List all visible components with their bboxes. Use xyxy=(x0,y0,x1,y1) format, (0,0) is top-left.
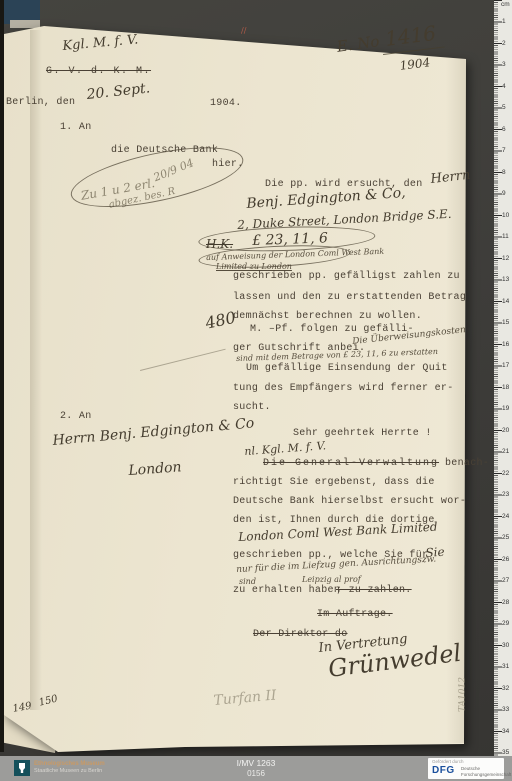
ruler-number: 3 xyxy=(502,61,511,68)
dfg-name-line2: Forschungsgemeinschaft xyxy=(461,772,511,778)
letter-line: Deutsche Bank hierselbst ersucht wor- xyxy=(233,497,466,507)
museum-glyph-icon xyxy=(16,762,28,774)
letter-line: richtigt Sie ergebenst, dass die xyxy=(233,478,435,488)
letter-line: benach- xyxy=(445,459,489,469)
letter-line: ; zu zahlen. xyxy=(336,586,412,596)
letter-line: tung des Empfängers wird ferner er- xyxy=(233,384,454,394)
ruler-number: 31 xyxy=(502,663,511,670)
letter-line: zu erhalten haben xyxy=(233,586,340,596)
dfg-funding-note: Gefördert durch xyxy=(432,759,464,764)
ruler-number: 23 xyxy=(502,491,511,498)
letter-line: Leipzig al prof xyxy=(302,576,361,584)
ruler-number: 35 xyxy=(502,749,511,756)
museum-parent-org: Staatliche Museen zu Berlin xyxy=(34,768,105,775)
ruler-number: 18 xyxy=(502,384,511,391)
letter-line: demnächst berechnen zu wollen. xyxy=(233,312,422,322)
letter-line: 1904 xyxy=(399,56,431,72)
ruler-number: 10 xyxy=(502,212,511,219)
scan-viewer: Kgl. M. f. V.G. V. d. K. M.E. No14161904… xyxy=(0,0,512,781)
page-fold-shadow xyxy=(30,30,42,710)
ruler-number: 17 xyxy=(502,362,511,369)
dfg-full-name: Deutsche Forschungsgemeinschaft xyxy=(461,766,511,777)
ruler-number: 24 xyxy=(502,513,511,520)
letter-line: 2. An xyxy=(60,412,92,422)
scan-left-edge xyxy=(0,0,4,752)
ruler-number: 29 xyxy=(502,620,511,627)
letter-line: 1904. xyxy=(210,99,242,109)
ruler-number: 13 xyxy=(502,276,511,283)
letter-line: Im Auftrage. xyxy=(317,610,393,620)
letter-line: ∕∕ xyxy=(241,27,246,35)
ruler-number: 28 xyxy=(502,599,511,606)
ruler-number: 9 xyxy=(502,190,511,197)
ruler-number: 6 xyxy=(502,126,511,133)
museum-branding: Ethnologisches Museum Staatliche Museen … xyxy=(14,760,105,776)
ruler-number: 11 xyxy=(502,233,511,240)
letter-line: sucht. xyxy=(233,403,271,413)
ruler-number: 22 xyxy=(502,470,511,477)
measurement-ruler: cm 1234567891011121314151617181920212223… xyxy=(494,0,512,757)
ruler-number: 8 xyxy=(502,169,511,176)
ruler-number: 20 xyxy=(502,427,511,434)
ruler-unit-label: cm xyxy=(501,1,510,8)
letter-line: TA1012 xyxy=(459,677,468,712)
ruler-number: 33 xyxy=(502,706,511,713)
letter-line: Die General-Verwaltung xyxy=(263,459,439,469)
letter-line: Berlin, den xyxy=(6,98,75,108)
museum-name: Ethnologisches Museum xyxy=(34,761,105,768)
museum-logo-icon xyxy=(14,760,30,776)
ruler-number: 1 xyxy=(502,18,511,25)
museum-text: Ethnologisches Museum Staatliche Museen … xyxy=(34,760,105,775)
ruler-number: 32 xyxy=(502,685,511,692)
ruler-number: 12 xyxy=(502,255,511,262)
dfg-acronym: DFG xyxy=(432,765,455,776)
ruler-number: 5 xyxy=(502,104,511,111)
letter-line: Sehr geehrtek Herrte ! xyxy=(293,429,432,439)
letter-line: lassen und den zu erstattenden Betrag xyxy=(233,293,466,303)
ruler-number: 26 xyxy=(502,556,511,563)
ruler-number: 30 xyxy=(502,642,511,649)
ruler-cm-ticks xyxy=(494,0,502,757)
letter-line: 1416 xyxy=(384,23,437,49)
ruler-number: 4 xyxy=(502,83,511,90)
footer-bar: I/MV 1263 0156 Ethnologisches Museum Sta… xyxy=(0,756,512,781)
ruler-number: 25 xyxy=(502,534,511,541)
letter-line: London xyxy=(128,460,182,478)
ruler-number: 15 xyxy=(502,319,511,326)
letter-line: G. V. d. K. M. xyxy=(46,67,151,77)
ruler-number: 34 xyxy=(502,728,511,735)
ruler-number: 7 xyxy=(502,147,511,154)
ruler-number: 14 xyxy=(502,298,511,305)
ruler-number: 27 xyxy=(502,577,511,584)
ruler-number: 16 xyxy=(502,341,511,348)
letter-line: geschrieben pp. gefälligst zahlen zu xyxy=(233,272,460,282)
ruler-number: 2 xyxy=(502,40,511,47)
letter-line: 1. An xyxy=(60,123,92,133)
letter-line: Um gefällige Einsendung der Quit xyxy=(246,364,448,374)
dfg-logo: Gefördert durch DFG Deutsche Forschungsg… xyxy=(428,758,504,779)
letter-line: Herrn xyxy=(430,169,471,186)
ruler-number: 19 xyxy=(502,405,511,412)
ruler-number: 21 xyxy=(502,448,511,455)
